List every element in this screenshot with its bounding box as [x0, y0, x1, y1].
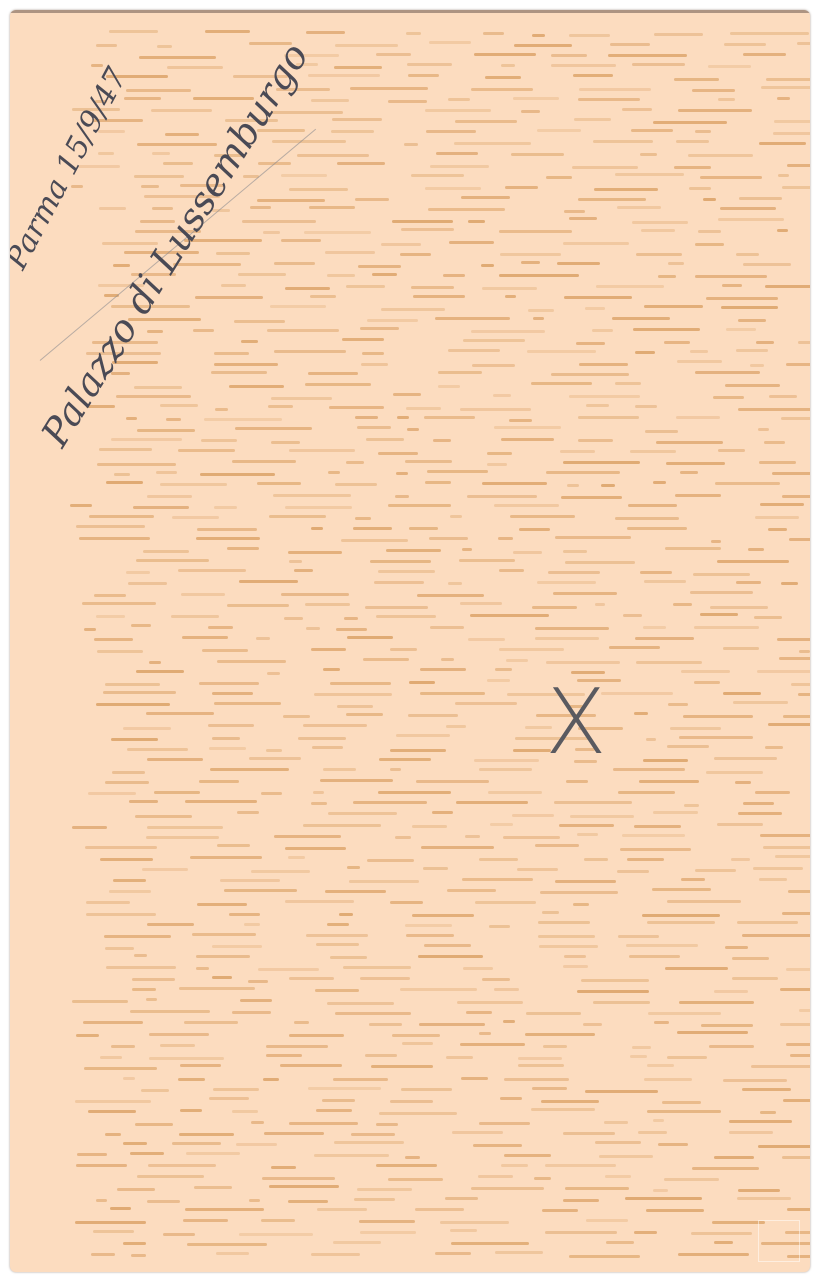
- stain-stripe: [209, 747, 245, 750]
- stain-stripe: [482, 978, 510, 981]
- stain-stripe: [694, 681, 720, 684]
- stain-stripe: [754, 616, 782, 619]
- stain-stripe: [674, 166, 711, 169]
- stain-stripe: [538, 921, 590, 924]
- stain-stripe: [430, 626, 465, 629]
- stain-stripe: [718, 449, 746, 452]
- stain-stripe: [347, 636, 393, 639]
- stain-stripe: [494, 988, 519, 991]
- stain-stripe: [335, 44, 398, 47]
- stain-stripe: [141, 185, 159, 188]
- stain-stripe: [538, 935, 595, 938]
- stain-stripe: [289, 977, 334, 980]
- stain-stripe: [479, 1032, 491, 1035]
- stain-stripe: [109, 890, 151, 893]
- stain-stripe: [147, 826, 223, 829]
- stain-stripe: [778, 174, 789, 177]
- stain-stripe: [271, 397, 333, 400]
- stain-stripe: [788, 890, 810, 893]
- stain-stripe: [534, 1177, 551, 1180]
- stain-stripe: [548, 571, 601, 574]
- stain-stripe: [618, 935, 659, 938]
- stain-stripe: [457, 1001, 523, 1004]
- stain-stripe: [711, 540, 721, 543]
- stain-stripe: [644, 305, 703, 308]
- stain-stripe: [531, 382, 592, 385]
- stain-stripe: [129, 800, 158, 803]
- stain-stripe: [452, 1131, 503, 1134]
- stain-stripe: [786, 968, 810, 971]
- stain-stripe: [239, 580, 298, 583]
- stain-stripe: [412, 914, 474, 917]
- stain-stripe: [117, 1188, 155, 1191]
- stain-stripe: [761, 86, 810, 89]
- stain-stripe: [409, 681, 435, 684]
- stain-stripe: [563, 242, 629, 245]
- stain-stripe: [596, 285, 664, 288]
- stain-stripe: [759, 878, 787, 881]
- stain-stripe: [620, 848, 691, 851]
- stain-stripe: [494, 504, 559, 507]
- stain-stripe: [430, 165, 489, 168]
- stain-stripe: [227, 604, 289, 607]
- stain-stripe: [197, 528, 257, 531]
- stain-stripe: [466, 1011, 492, 1014]
- stain-stripe: [513, 551, 541, 554]
- stain-stripe: [714, 1156, 754, 1159]
- stain-stripe: [721, 306, 778, 309]
- stain-stripe: [128, 582, 167, 585]
- stain-stripe: [665, 547, 720, 550]
- stain-stripe: [653, 1189, 669, 1192]
- stain-stripe: [763, 846, 810, 849]
- stain-stripe: [194, 1186, 232, 1189]
- stain-stripe: [96, 44, 117, 47]
- stain-stripe: [333, 1078, 388, 1081]
- stain-stripe: [332, 118, 382, 121]
- stain-stripe: [160, 483, 227, 486]
- stain-stripe: [517, 868, 557, 871]
- stain-stripe: [297, 154, 369, 157]
- stain-stripe: [512, 814, 554, 817]
- stain-stripe: [79, 537, 151, 540]
- stain-stripe: [551, 373, 629, 376]
- stain-stripe: [678, 109, 752, 112]
- stain-stripe: [285, 506, 353, 509]
- stain-stripe: [569, 34, 610, 37]
- stain-stripe: [531, 1108, 594, 1111]
- stain-stripe: [545, 1164, 617, 1167]
- stain-stripe: [623, 614, 642, 617]
- stain-stripe: [344, 617, 358, 620]
- stain-stripe: [288, 856, 305, 859]
- stain-stripe: [212, 945, 262, 948]
- stain-stripe: [288, 1200, 328, 1203]
- stain-stripe: [653, 1119, 664, 1122]
- stain-stripe: [509, 419, 532, 422]
- stain-stripe: [205, 30, 250, 33]
- stain-stripe: [718, 218, 784, 221]
- stain-stripe: [670, 727, 721, 730]
- stain-stripe: [408, 74, 439, 77]
- stain-stripe: [460, 1043, 525, 1046]
- stain-stripe: [96, 1199, 106, 1202]
- stain-stripe: [251, 870, 310, 873]
- stain-stripe: [388, 504, 451, 507]
- stain-stripe: [743, 263, 791, 266]
- stain-stripe: [498, 537, 513, 540]
- stain-stripe: [679, 736, 754, 739]
- stain-stripe: [154, 791, 200, 794]
- stain-stripe: [257, 482, 301, 485]
- stain-stripe: [181, 593, 225, 596]
- stain-stripe: [542, 911, 559, 914]
- stain-stripe: [572, 166, 638, 169]
- stain-stripe: [599, 1155, 653, 1158]
- stain-stripe: [526, 1012, 581, 1015]
- stain-stripe: [390, 1100, 433, 1103]
- stain-stripe: [768, 723, 810, 726]
- stain-stripe: [376, 615, 436, 618]
- stain-stripe: [553, 592, 617, 595]
- stain-stripe: [397, 416, 409, 419]
- stain-stripe: [407, 63, 452, 66]
- stain-stripe: [289, 449, 355, 452]
- stain-stripe: [579, 88, 651, 91]
- stain-stripe: [396, 472, 409, 475]
- stain-stripe: [644, 1078, 692, 1081]
- stain-stripe: [337, 705, 374, 708]
- stain-stripe: [132, 988, 156, 991]
- stain-stripe: [758, 428, 768, 431]
- stain-stripe: [346, 713, 383, 716]
- stain-stripe: [546, 661, 620, 664]
- stain-stripe: [110, 1207, 131, 1210]
- stain-stripe: [798, 693, 810, 696]
- stain-stripe: [123, 1142, 146, 1145]
- stain-stripe: [411, 286, 454, 289]
- stain-stripe: [482, 287, 537, 290]
- stain-stripe: [594, 188, 658, 191]
- stain-stripe: [715, 482, 781, 485]
- stain-stripe: [147, 495, 193, 498]
- stain-stripe: [221, 284, 247, 287]
- stain-stripe: [180, 1064, 221, 1067]
- stain-stripe: [735, 781, 751, 784]
- stain-stripe: [617, 870, 649, 873]
- stain-stripe: [435, 317, 511, 320]
- stain-stripe: [485, 76, 521, 79]
- stain-stripe: [404, 143, 418, 146]
- stain-stripe: [124, 97, 161, 100]
- stain-stripe: [783, 1099, 810, 1102]
- stain-stripe: [97, 463, 176, 466]
- stain-stripe: [454, 142, 530, 145]
- stain-stripe: [756, 341, 774, 344]
- stain-stripe: [390, 648, 417, 651]
- stain-stripe: [304, 231, 371, 234]
- stain-stripe: [325, 251, 375, 254]
- stain-stripe: [330, 956, 367, 959]
- stain-stripe: [274, 350, 347, 353]
- stain-stripe: [381, 243, 421, 246]
- stain-stripe: [185, 1208, 264, 1211]
- stain-stripe: [683, 715, 753, 718]
- stain-stripe: [215, 408, 227, 411]
- stain-stripe: [70, 504, 91, 507]
- stain-stripe: [446, 725, 465, 728]
- stain-stripe: [573, 74, 613, 77]
- stain-stripe: [615, 382, 640, 385]
- stain-stripe: [209, 1097, 249, 1100]
- stain-stripe: [450, 515, 462, 518]
- stain-stripe: [392, 220, 453, 223]
- stain-stripe: [733, 701, 788, 704]
- stain-stripe: [506, 659, 528, 662]
- stain-stripe: [451, 1242, 529, 1245]
- stain-stripe: [365, 1054, 397, 1057]
- stain-stripe: [681, 878, 704, 881]
- stain-stripe: [585, 307, 606, 310]
- stain-stripe: [460, 602, 502, 605]
- stain-stripe: [750, 364, 764, 367]
- stain-stripe: [537, 581, 596, 584]
- stain-stripe: [131, 624, 151, 627]
- stain-stripe: [97, 650, 143, 653]
- stain-stripe: [149, 661, 162, 664]
- stain-stripe: [445, 1197, 479, 1200]
- stain-stripe: [501, 1164, 528, 1167]
- stain-stripe: [419, 1023, 486, 1026]
- stain-stripe: [266, 749, 283, 752]
- stain-stripe: [420, 692, 485, 695]
- stain-stripe: [725, 946, 749, 949]
- stain-stripe: [640, 571, 672, 574]
- stain-stripe: [695, 130, 711, 133]
- stain-stripe: [791, 683, 810, 686]
- stain-stripe: [593, 1001, 650, 1004]
- stain-stripe: [147, 330, 163, 333]
- stain-stripe: [264, 1132, 324, 1135]
- stain-stripe: [358, 265, 401, 268]
- stain-stripe: [643, 759, 688, 762]
- stain-stripe: [742, 1088, 791, 1091]
- stain-stripe: [185, 800, 257, 803]
- stain-stripe: [281, 593, 348, 596]
- stain-stripe: [729, 1120, 792, 1123]
- stain-stripe: [787, 164, 810, 167]
- stain-stripe: [695, 869, 735, 872]
- stain-stripe: [100, 1056, 122, 1059]
- stain-stripe: [284, 617, 302, 620]
- stain-stripe: [211, 371, 268, 374]
- stain-stripe: [577, 990, 648, 993]
- stain-stripe: [99, 448, 152, 451]
- stain-stripe: [627, 858, 665, 861]
- stain-stripe: [217, 660, 286, 663]
- stain-stripe: [263, 231, 280, 234]
- stain-stripe: [604, 1121, 628, 1124]
- stain-stripe: [608, 54, 687, 57]
- stain-stripe: [504, 1078, 569, 1081]
- stain-stripe: [157, 45, 173, 48]
- stain-stripe: [106, 966, 177, 969]
- stain-stripe: [456, 801, 528, 804]
- stain-stripe: [679, 1001, 755, 1004]
- stain-stripe: [475, 901, 536, 904]
- stain-stripe: [372, 273, 397, 276]
- stain-stripe: [737, 1197, 791, 1200]
- stain-stripe: [470, 614, 549, 617]
- stain-stripe: [632, 1046, 651, 1049]
- stain-stripe: [308, 1087, 381, 1090]
- stain-stripe: [425, 187, 482, 190]
- stain-stripe: [134, 386, 182, 389]
- stain-stripe: [739, 197, 782, 200]
- stain-stripe: [328, 471, 340, 474]
- stain-stripe: [737, 921, 798, 924]
- stain-stripe: [595, 603, 605, 606]
- stain-stripe: [425, 481, 451, 484]
- stain-stripe: [479, 1122, 530, 1125]
- stain-stripe: [755, 791, 790, 794]
- stain-stripe: [743, 802, 774, 805]
- stain-stripe: [143, 550, 188, 553]
- stain-stripe: [504, 1154, 551, 1157]
- stain-stripe: [329, 406, 384, 409]
- stain-stripe: [569, 395, 640, 398]
- stain-stripe: [421, 846, 494, 849]
- stain-stripe: [303, 824, 381, 827]
- stain-stripe: [579, 363, 628, 366]
- stain-stripe: [545, 1231, 617, 1234]
- stain-stripe: [780, 988, 810, 991]
- stain-stripe: [505, 186, 538, 189]
- stain-stripe: [393, 393, 421, 396]
- stain-stripe: [482, 482, 547, 485]
- stain-stripe: [165, 133, 199, 136]
- stain-stripe: [396, 734, 450, 737]
- stain-stripe: [495, 668, 513, 671]
- stain-stripe: [698, 230, 721, 233]
- stain-stripe: [234, 320, 285, 323]
- stain-stripe: [519, 528, 550, 531]
- stain-stripe: [113, 879, 146, 882]
- stain-stripe: [126, 571, 150, 574]
- stain-stripe: [551, 54, 586, 57]
- stain-stripe: [652, 888, 711, 891]
- stain-stripe: [402, 1042, 433, 1045]
- stain-stripe: [172, 1142, 220, 1145]
- stain-stripe: [578, 439, 613, 442]
- stain-stripe: [782, 912, 810, 915]
- stain-stripe: [184, 1021, 237, 1024]
- stain-stripe: [618, 791, 675, 794]
- stain-stripe: [357, 1188, 412, 1191]
- stain-stripe: [190, 856, 263, 859]
- stain-stripe: [127, 748, 188, 751]
- stain-stripe: [76, 1034, 99, 1037]
- stain-stripe: [703, 198, 716, 201]
- stain-stripe: [405, 460, 452, 463]
- stain-stripe: [426, 130, 476, 133]
- stain-stripe: [224, 889, 298, 892]
- stain-stripe: [314, 1154, 388, 1157]
- stain-stripe: [420, 668, 466, 671]
- stain-stripe: [654, 33, 703, 36]
- stain-stripe: [693, 573, 750, 576]
- stain-stripe: [563, 550, 587, 553]
- stain-stripe: [216, 252, 250, 255]
- stain-stripe: [163, 162, 193, 165]
- stain-stripe: [285, 287, 331, 290]
- stain-stripe: [481, 264, 493, 267]
- stain-stripe: [106, 481, 143, 484]
- stain-stripe: [732, 977, 778, 980]
- stain-stripe: [645, 430, 678, 433]
- stain-stripe: [555, 536, 631, 539]
- stain-stripe: [627, 527, 687, 530]
- stain-stripe: [765, 285, 810, 288]
- stain-stripe: [105, 947, 135, 950]
- stain-stripe: [342, 338, 384, 341]
- stain-stripe: [371, 1065, 433, 1068]
- stain-stripe: [411, 174, 465, 177]
- stain-stripe: [105, 683, 160, 686]
- stain-stripe: [499, 569, 524, 572]
- stain-stripe: [635, 405, 657, 408]
- stain-stripe: [294, 569, 313, 572]
- stain-stripe: [217, 844, 250, 847]
- stain-stripe: [468, 638, 505, 641]
- stain-stripe: [471, 1187, 544, 1190]
- stain-stripe: [425, 109, 491, 112]
- stain-stripe: [123, 1242, 145, 1245]
- stain-stripe: [163, 1233, 194, 1236]
- stain-stripe: [583, 1023, 601, 1026]
- stain-stripe: [210, 768, 289, 771]
- stain-stripe: [797, 42, 810, 45]
- stain-stripe: [216, 1252, 248, 1255]
- stain-stripe: [678, 1253, 749, 1256]
- stain-stripe: [251, 1121, 265, 1124]
- stain-stripe: [448, 349, 499, 352]
- stain-stripe: [105, 781, 149, 784]
- stain-stripe: [483, 32, 504, 35]
- stain-stripe: [249, 757, 300, 760]
- stain-stripe: [111, 1045, 135, 1048]
- stain-stripe: [349, 880, 419, 883]
- stain-stripe: [306, 31, 345, 34]
- stain-stripe: [359, 1220, 414, 1223]
- stain-stripe: [327, 1002, 394, 1005]
- stain-stripe: [653, 121, 728, 124]
- stain-stripe: [642, 914, 719, 917]
- stain-stripe: [559, 824, 614, 827]
- stain-stripe: [514, 44, 572, 47]
- stain-stripe: [617, 206, 661, 209]
- stain-stripe: [690, 350, 708, 353]
- stain-stripe: [285, 847, 346, 850]
- stain-stripe: [535, 637, 599, 640]
- stain-stripe: [274, 835, 340, 838]
- stain-stripe: [317, 1208, 367, 1211]
- stain-stripe: [320, 779, 393, 782]
- stain-stripe: [532, 34, 546, 37]
- stain-stripe: [680, 471, 698, 474]
- stain-stripe: [521, 261, 540, 264]
- stain-stripe: [86, 901, 130, 904]
